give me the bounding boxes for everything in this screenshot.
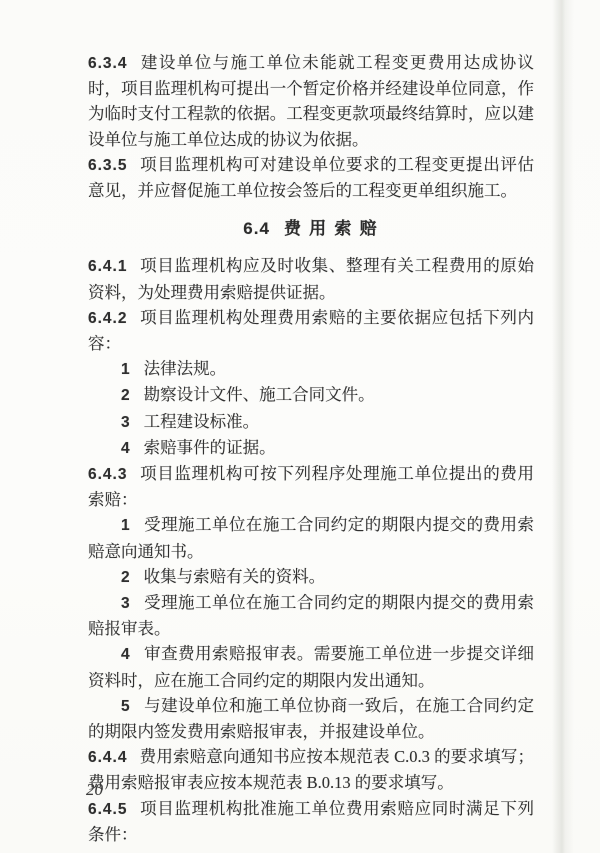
item-text: 索赔事件的证据。 — [144, 438, 276, 457]
scanned-document-page: 6.3.4建设单位与施工单位未能就工程变更费用达成协议时，项目监理机构可提出一个… — [0, 0, 600, 853]
clause-number: 6.4.3 — [88, 466, 127, 483]
scan-crease-artifact — [552, 0, 574, 853]
item-number: 1 — [121, 361, 130, 378]
clause-text: 项目监理机构可按下列程序处理施工单位提出的费用索赔： — [88, 464, 534, 509]
clause-text: 建设单位与施工单位未能就工程变更费用达成协议时，项目监理机构可提出一个暂定价格并… — [88, 53, 534, 149]
item-number: 4 — [121, 440, 130, 457]
clause-6-4-2: 6.4.2项目监理机构处理费用索赔的主要依据应包括下列内容： — [88, 305, 534, 356]
list-item: 3受理施工单位在施工合同约定的期限内提交的费用索赔报审表。 — [88, 590, 534, 641]
page-number: 20 — [86, 780, 103, 800]
clause-text: 项目监理机构处理费用索赔的主要依据应包括下列内容： — [88, 308, 534, 353]
clause-text: 项目监理机构可对建设单位要求的工程变更提出评估意见，并应督促施工单位按会签后的工… — [88, 155, 534, 200]
item-number: 2 — [121, 387, 130, 404]
text-block: 6.3.4建设单位与施工单位未能就工程变更费用达成协议时，项目监理机构可提出一个… — [88, 50, 534, 847]
item-text: 法律法规。 — [144, 359, 227, 378]
clause-text: 费用索赔意向通知书应按本规范表 C.0.3 的要求填写；费用索赔报审表应按本规范… — [88, 747, 534, 792]
list-item: 4索赔事件的证据。 — [88, 435, 534, 461]
list-item: 1受理施工单位在施工合同约定的期限内提交的费用索赔意向通知书。 — [88, 512, 534, 563]
item-number: 3 — [121, 414, 130, 431]
clause-number: 6.3.5 — [88, 157, 127, 174]
list-item: 3工程建设标准。 — [88, 409, 534, 435]
section-heading-title: 费 用 索 赔 — [284, 219, 379, 238]
clause-6-3-5: 6.3.5项目监理机构可对建设单位要求的工程变更提出评估意见，并应督促施工单位按… — [88, 152, 534, 203]
item-text: 工程建设标准。 — [144, 412, 260, 431]
clause-number: 6.4.5 — [88, 801, 127, 818]
item-number: 3 — [121, 595, 130, 612]
list-item: 2收集与索赔有关的资料。 — [88, 564, 534, 590]
clause-6-4-4: 6.4.4费用索赔意向通知书应按本规范表 C.0.3 的要求填写；费用索赔报审表… — [88, 744, 534, 795]
clause-6-3-4: 6.3.4建设单位与施工单位未能就工程变更费用达成协议时，项目监理机构可提出一个… — [88, 50, 534, 152]
item-number: 1 — [121, 517, 130, 534]
item-number: 2 — [121, 569, 130, 586]
item-text: 收集与索赔有关的资料。 — [144, 567, 326, 586]
list-item: 1法律法规。 — [88, 356, 534, 382]
section-heading-number: 6.4 — [243, 219, 270, 238]
clause-6-4-5: 6.4.5项目监理机构批准施工单位费用索赔应同时满足下列条件： — [88, 796, 534, 847]
item-text: 勘察设计文件、施工合同文件。 — [144, 385, 375, 404]
clause-number: 6.4.4 — [88, 749, 127, 766]
item-text: 受理施工单位在施工合同约定的期限内提交的费用索赔报审表。 — [88, 593, 534, 638]
list-item: 5与建设单位和施工单位协商一致后，在施工合同约定的期限内签发费用索赔报审表，并报… — [88, 693, 534, 744]
clause-number: 6.4.2 — [88, 310, 127, 327]
clause-text: 项目监理机构应及时收集、整理有关工程费用的原始资料，为处理费用索赔提供证据。 — [88, 256, 534, 301]
item-number: 5 — [121, 698, 130, 715]
item-text: 与建设单位和施工单位协商一致后，在施工合同约定的期限内签发费用索赔报审表，并报建… — [88, 696, 534, 741]
clause-text: 项目监理机构批准施工单位费用索赔应同时满足下列条件： — [88, 799, 534, 844]
list-item: 4审查费用索赔报审表。需要施工单位进一步提交详细资料时，应在施工合同约定的期限内… — [88, 641, 534, 692]
clause-number: 6.4.1 — [88, 258, 127, 275]
item-text: 审查费用索赔报审表。需要施工单位进一步提交详细资料时，应在施工合同约定的期限内发… — [88, 644, 534, 689]
list-item: 2勘察设计文件、施工合同文件。 — [88, 382, 534, 408]
item-number: 4 — [121, 646, 130, 663]
clause-6-4-1: 6.4.1项目监理机构应及时收集、整理有关工程费用的原始资料，为处理费用索赔提供… — [88, 253, 534, 304]
section-heading: 6.4费 用 索 赔 — [88, 216, 534, 241]
clause-6-4-3: 6.4.3项目监理机构可按下列程序处理施工单位提出的费用索赔： — [88, 461, 534, 512]
item-text: 受理施工单位在施工合同约定的期限内提交的费用索赔意向通知书。 — [88, 515, 534, 560]
clause-number: 6.3.4 — [88, 55, 127, 72]
